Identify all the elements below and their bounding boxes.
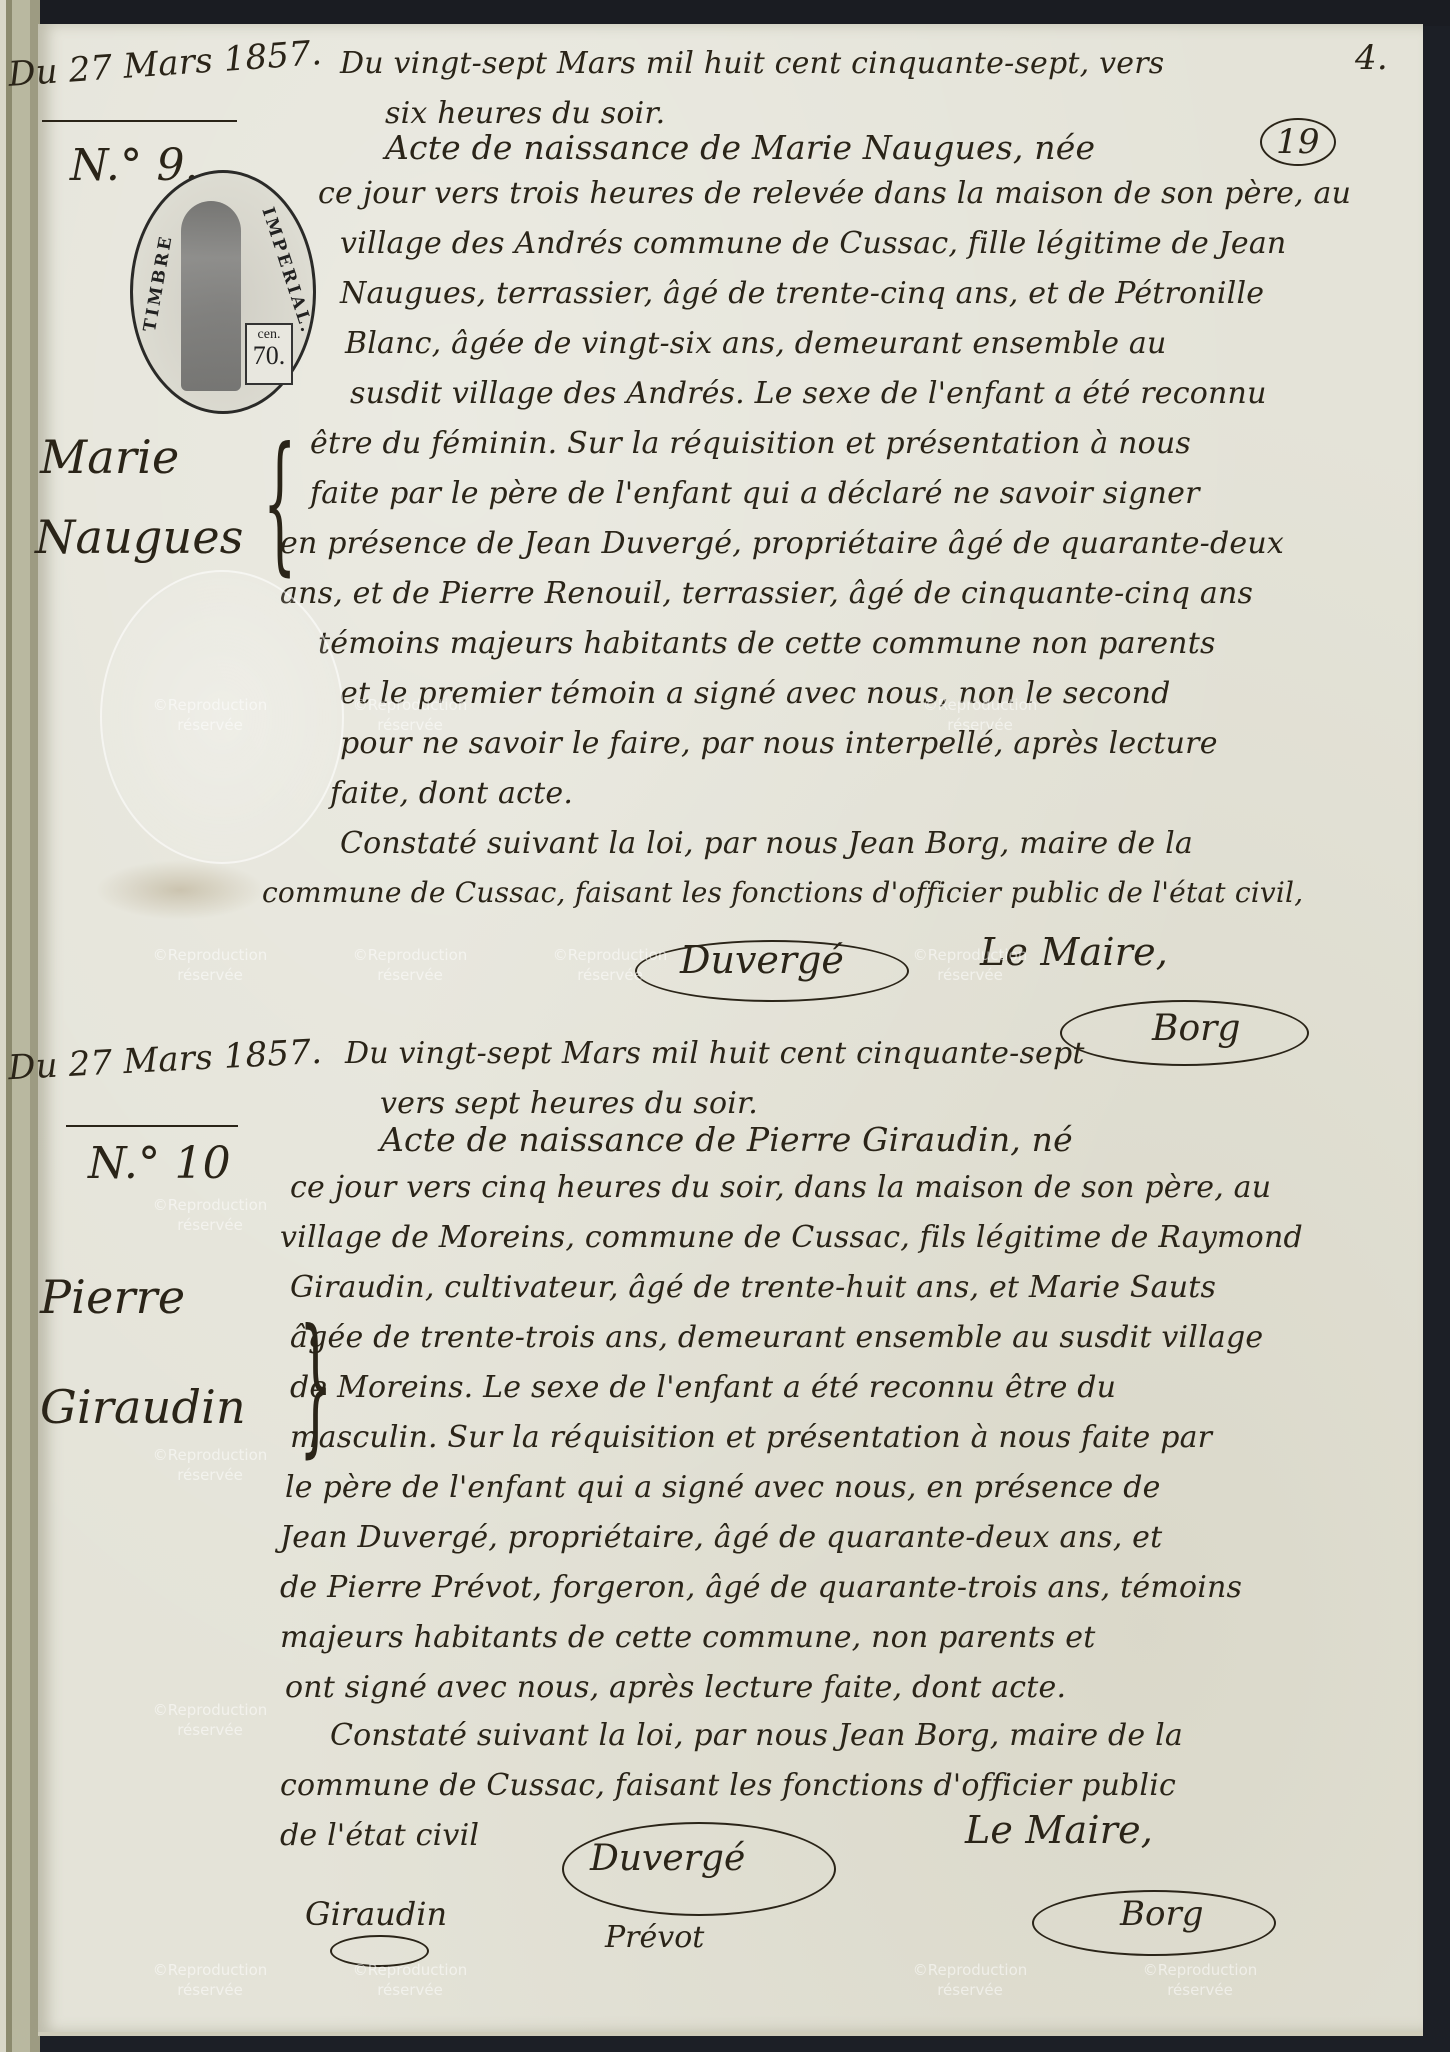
watermark: ©Reproductionréservée xyxy=(890,945,1050,985)
act-1-line: témoins majeurs habitants de cette commu… xyxy=(318,626,1216,661)
stamp-denomination-value: 70. xyxy=(247,343,291,369)
watermark: ©Reproductionréservée xyxy=(890,1960,1050,2000)
act-1-line: village des Andrés commune de Cussac, fi… xyxy=(340,226,1286,261)
ink-smudge xyxy=(95,860,265,920)
act-2-line: village de Moreins, commune de Cussac, f… xyxy=(280,1220,1303,1255)
act-1-line: Acte de naissance de Marie Naugues, née xyxy=(385,128,1095,167)
act-2-line: le père de l'enfant qui a signé avec nou… xyxy=(285,1470,1161,1505)
act-1-line: six heures du soir. xyxy=(385,96,665,131)
act-2-line: ont signé avec nous, après lecture faite… xyxy=(285,1670,1066,1705)
act-2-line: de Moreins. Le sexe de l'enfant a été re… xyxy=(290,1370,1116,1405)
watermark: ©Reproductionréservée xyxy=(330,695,490,735)
act-1-line: Blanc, âgée de vingt-six ans, demeurant … xyxy=(345,326,1167,361)
act-2-line: masculin. Sur la réquisition et présenta… xyxy=(290,1420,1212,1455)
imperial-tax-stamp: TIMBRE IMPERIAL. cen. 70. xyxy=(130,170,316,414)
watermark: ©Reproductionréservée xyxy=(130,1700,290,1740)
act-1-line: commune de Cussac, faisant les fonctions… xyxy=(262,876,1303,909)
folio-mark: 19 xyxy=(1260,118,1336,166)
act-2-mayor-title: Le Maire, xyxy=(965,1808,1153,1852)
act-2-line: Giraudin, cultivateur, âgé de trente-hui… xyxy=(290,1270,1216,1305)
act-2-number: N.° 10 xyxy=(88,1138,231,1189)
stamp-text-timbre: TIMBRE xyxy=(140,233,177,334)
act-2-line: Du vingt-sept Mars mil huit cent cinquan… xyxy=(345,1036,1085,1071)
act-2-line: Constaté suivant la loi, par nous Jean B… xyxy=(330,1718,1183,1753)
act-2-line: Jean Duvergé, propriétaire, âgé de quara… xyxy=(280,1520,1162,1555)
act-2-margin-last-name: Giraudin xyxy=(40,1380,246,1434)
act-2-line: de l'état civil xyxy=(280,1818,479,1853)
watermark: ©Reproductionréservée xyxy=(330,1960,490,2000)
watermark: ©Reproductionréservée xyxy=(130,945,290,985)
watermark: ©Reproductionréservée xyxy=(1120,1960,1280,2000)
act-2-margin-first-name: Pierre xyxy=(40,1270,185,1324)
act-1-line: Naugues, terrassier, âgé de trente-cinq … xyxy=(340,276,1264,311)
watermark: ©Reproductionréservée xyxy=(130,1195,290,1235)
watermark: ©Reproductionréservée xyxy=(530,945,690,985)
act-2-line: de Pierre Prévot, forgeron, âgé de quara… xyxy=(280,1570,1242,1605)
act-1-margin-rule xyxy=(42,120,237,122)
act-1-line: ce jour vers trois heures de relevée dan… xyxy=(318,176,1351,211)
watermark: ©Reproductionréservée xyxy=(330,945,490,985)
page-number: 4. xyxy=(1355,38,1388,78)
act-1-line: faite par le père de l'enfant qui a décl… xyxy=(310,476,1200,511)
act-2-line: âgée de trente-trois ans, demeurant ense… xyxy=(290,1320,1263,1355)
book-binding xyxy=(0,0,40,2052)
scanner-background-top xyxy=(0,0,1450,26)
stamp-denomination: cen. 70. xyxy=(245,323,293,385)
second-witness-signature: Prévot xyxy=(605,1920,704,1955)
act-1-margin-last-name: Naugues xyxy=(35,510,244,564)
act-2-line: ce jour vers cinq heures du soir, dans l… xyxy=(290,1170,1271,1205)
act-2-line: vers sept heures du soir. xyxy=(380,1086,758,1121)
act-1-line: Du vingt-sept Mars mil huit cent cinquan… xyxy=(340,46,1164,81)
act-1-witness-signature: Duvergé xyxy=(680,938,844,982)
act-1-margin-first-name: Marie xyxy=(40,430,179,484)
act-2-line: majeurs habitants de cette commune, non … xyxy=(280,1620,1095,1655)
watermark: ©Reproductionréservée xyxy=(130,1960,290,2000)
watermark: ©Reproductionréservée xyxy=(900,695,1060,735)
act-1-line: être du féminin. Sur la réquisition et p… xyxy=(310,426,1191,461)
act-1-mayor-signature: Borg xyxy=(1152,1008,1240,1049)
watermark: ©Reproductionréservée xyxy=(130,1445,290,1485)
act-2-line: commune de Cussac, faisant les fonctions… xyxy=(280,1768,1176,1803)
act-2-mayor-signature: Borg xyxy=(1120,1894,1203,1934)
act-1-line: faite, dont acte. xyxy=(330,776,573,811)
act-1-line: en présence de Jean Duvergé, propriétair… xyxy=(280,526,1284,561)
act-1-line: ans, et de Pierre Renouil, terrassier, â… xyxy=(280,576,1253,611)
act-2-margin-rule xyxy=(66,1125,238,1127)
watermark: ©Reproductionréservée xyxy=(130,695,290,735)
justice-figure-icon xyxy=(181,201,241,391)
father-signature: Giraudin xyxy=(305,1895,447,1933)
act-1-line: susdit village des Andrés. Le sexe de l'… xyxy=(350,376,1267,411)
act-2-witness-signature: Duvergé xyxy=(590,1838,745,1879)
act-1-line: Constaté suivant la loi, par nous Jean B… xyxy=(340,826,1193,861)
act-2-line: Acte de naissance de Pierre Giraudin, né xyxy=(380,1120,1073,1159)
